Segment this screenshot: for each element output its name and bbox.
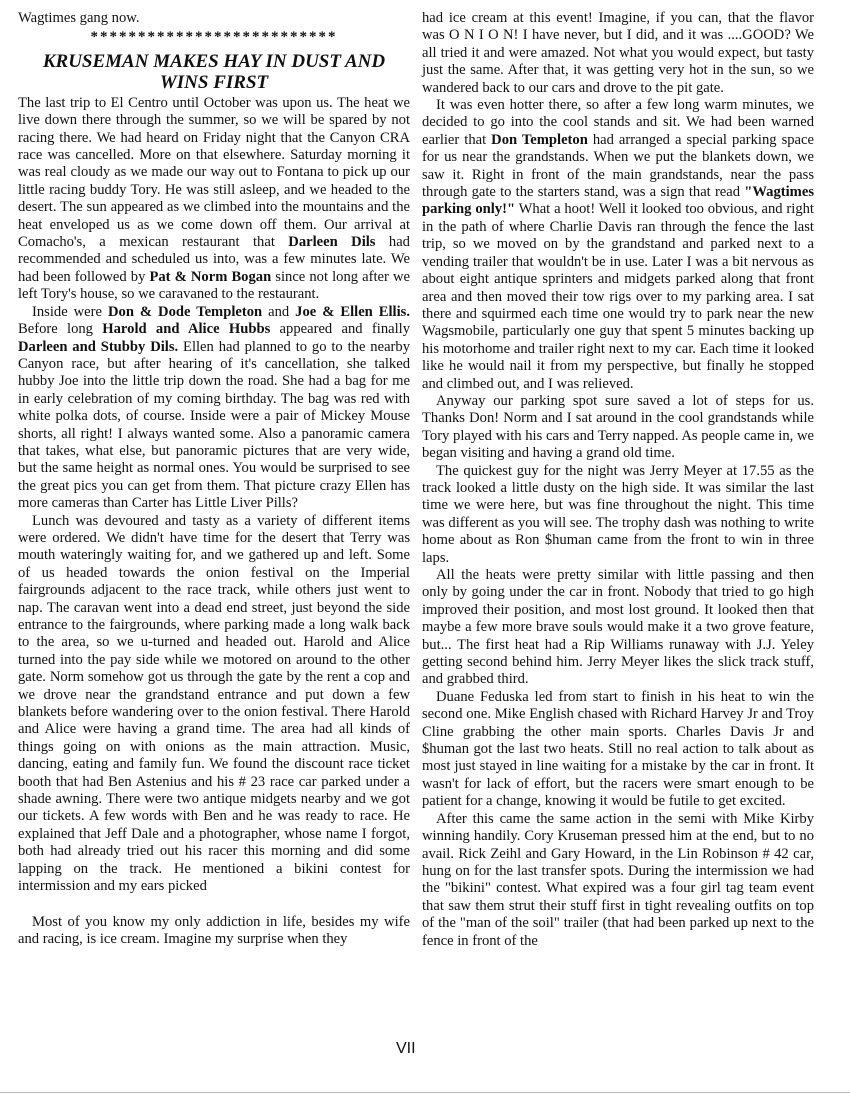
paragraph: Anyway our parking spot sure saved a lot… [422,393,814,463]
paragraph: Lunch was devoured and tasty as a variet… [18,513,410,896]
lead-line: Wagtimes gang now. [18,10,410,27]
paragraph: had ice cream at this event! Imagine, if… [422,10,814,97]
section-divider: ************************** [18,29,410,46]
left-column: Wagtimes gang now. *********************… [18,10,410,948]
bottom-rule [0,1092,850,1093]
right-column: had ice cream at this event! Imagine, if… [422,10,814,950]
paragraph: After this came the same action in the s… [422,811,814,950]
paragraph: Duane Feduska led from start to finish i… [422,689,814,811]
paragraph: Most of you know my only addiction in li… [18,914,410,949]
page-number: VII [396,1040,416,1058]
paragraph: All the heats were pretty similar with l… [422,567,814,689]
newsletter-page: Wagtimes gang now. *********************… [0,0,850,1100]
paragraph: The quickest guy for the night was Jerry… [422,463,814,567]
paragraph: It was even hotter there, so after a few… [422,97,814,393]
article-headline: KRUSEMAN MAKES HAY IN DUST AND WINS FIRS… [18,51,410,93]
paragraph: The last trip to El Centro until October… [18,95,410,304]
paragraph: Inside were Don & Dode Templeton and Joe… [18,304,410,513]
